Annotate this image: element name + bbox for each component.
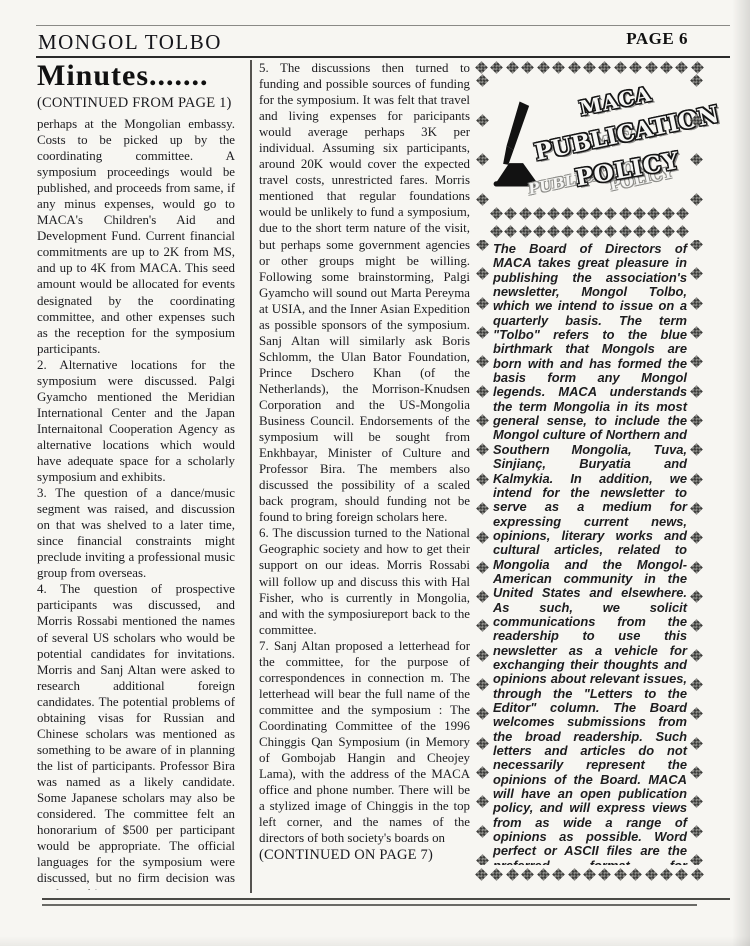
newsletter-page: MONGOL TOLBO PAGE 6 Minutes....... (CONT… bbox=[0, 0, 750, 946]
diamond-icon bbox=[605, 207, 618, 220]
diamond-icon bbox=[690, 561, 703, 574]
minutes-paragraph: 5. The discussions then turned to fundin… bbox=[259, 60, 470, 525]
policy-logo-zone: MACA PUBLICATION POLICY MACA PUBLICATION… bbox=[474, 76, 705, 204]
diamond-icon bbox=[690, 443, 703, 456]
diamond-icon bbox=[476, 531, 489, 544]
diamond-icon bbox=[547, 225, 560, 238]
diamond-icon bbox=[490, 207, 503, 220]
minutes-paragraph: 2. Alternative locations for the symposi… bbox=[37, 357, 235, 485]
continued-from-label: (CONTINUED FROM PAGE 1) bbox=[37, 95, 235, 112]
maca-policy-logo: MACA PUBLICATION POLICY MACA PUBLICATION… bbox=[491, 76, 688, 204]
diamond-icon bbox=[629, 868, 642, 881]
diamond-border-top bbox=[474, 58, 705, 76]
diamond-icon bbox=[476, 561, 489, 574]
diamond-icon bbox=[662, 207, 675, 220]
masthead-title: MONGOL TOLBO bbox=[38, 30, 222, 55]
diamond-icon bbox=[476, 825, 489, 838]
diamond-icon bbox=[645, 868, 658, 881]
minutes-paragraph: perhaps at the Mongolian embassy. Costs … bbox=[37, 116, 235, 357]
diamond-icon bbox=[690, 854, 703, 865]
publication-policy-box: MACA PUBLICATION POLICY MACA PUBLICATION… bbox=[474, 58, 705, 884]
diamond-icon bbox=[676, 868, 689, 881]
diamond-icon bbox=[645, 61, 658, 74]
logo-word-maca: MACA bbox=[577, 82, 653, 121]
minutes-paragraph: 3. The question of a dance/music segment… bbox=[37, 485, 235, 581]
diamond-icon bbox=[547, 207, 560, 220]
diamond-icon bbox=[629, 61, 642, 74]
diamond-separator-row bbox=[474, 222, 705, 240]
diamond-icon bbox=[476, 267, 489, 280]
continued-on-label: (CONTINUED ON PAGE 7) bbox=[259, 847, 470, 864]
diamond-icon bbox=[476, 153, 489, 166]
diamond-icon bbox=[475, 868, 488, 881]
diamond-icon bbox=[476, 737, 489, 750]
diamond-icon bbox=[476, 590, 489, 603]
diamond-icon bbox=[676, 61, 689, 74]
diamond-icon bbox=[504, 225, 517, 238]
diamond-icon bbox=[568, 61, 581, 74]
diamond-icon bbox=[691, 868, 704, 881]
diamond-icon bbox=[562, 225, 575, 238]
diamond-icon bbox=[476, 326, 489, 339]
diamond-icon bbox=[690, 414, 703, 427]
diamond-icon bbox=[562, 207, 575, 220]
diamond-icon bbox=[599, 61, 612, 74]
diamond-icon bbox=[476, 649, 489, 662]
bottom-rule bbox=[42, 898, 730, 900]
publication-policy-text: The Board of Directors of MACA takes gre… bbox=[491, 240, 688, 865]
diamond-border-right bbox=[688, 240, 705, 865]
diamond-icon bbox=[599, 868, 612, 881]
diamond-icon bbox=[476, 795, 489, 808]
diamond-border-left bbox=[474, 240, 491, 865]
minutes-paragraph: 6. The discussion turned to the National… bbox=[259, 525, 470, 637]
diamond-icon bbox=[619, 207, 632, 220]
diamond-icon bbox=[476, 297, 489, 310]
diamond-icon bbox=[647, 207, 660, 220]
diamond-icon bbox=[691, 61, 704, 74]
diamond-icon bbox=[690, 153, 703, 166]
diamond-icon bbox=[614, 868, 627, 881]
page-number: PAGE 6 bbox=[626, 29, 688, 49]
diamond-icon bbox=[476, 355, 489, 368]
diamond-icon bbox=[619, 225, 632, 238]
diamond-icon bbox=[614, 61, 627, 74]
diamond-icon bbox=[476, 619, 489, 632]
diamond-icon bbox=[676, 207, 689, 220]
diamond-icon bbox=[633, 207, 646, 220]
diamond-icon bbox=[690, 678, 703, 691]
diamond-icon bbox=[476, 74, 489, 87]
column-minutes: Minutes....... (CONTINUED FROM PAGE 1) p… bbox=[37, 60, 235, 890]
diamond-icon bbox=[583, 868, 596, 881]
diamond-icon bbox=[537, 868, 550, 881]
diamond-icon bbox=[583, 61, 596, 74]
diamond-icon bbox=[690, 385, 703, 398]
minutes-heading: Minutes....... bbox=[37, 60, 235, 92]
diamond-icon bbox=[476, 707, 489, 720]
diamond-icon bbox=[590, 225, 603, 238]
minutes-paragraph: 7. Sanj Altan proposed a letterhead for … bbox=[259, 638, 470, 847]
diamond-icon bbox=[519, 207, 532, 220]
diamond-icon bbox=[491, 868, 504, 881]
diamond-icon bbox=[690, 619, 703, 632]
diamond-icon bbox=[690, 766, 703, 779]
diamond-icon bbox=[690, 267, 703, 280]
policy-text-zone: The Board of Directors of MACA takes gre… bbox=[474, 240, 705, 865]
diamond-icon bbox=[533, 207, 546, 220]
page-scan-edge bbox=[732, 0, 750, 946]
diamond-icon bbox=[660, 61, 673, 74]
diamond-icon bbox=[490, 225, 503, 238]
minutes-paragraph: 4. The question of prospective participa… bbox=[37, 581, 235, 890]
diamond-icon bbox=[690, 825, 703, 838]
diamond-icon bbox=[476, 414, 489, 427]
diamond-icon bbox=[476, 385, 489, 398]
diamond-icon bbox=[521, 61, 534, 74]
diamond-icon bbox=[476, 502, 489, 515]
diamond-border-right bbox=[688, 76, 705, 204]
diamond-icon bbox=[633, 225, 646, 238]
diamond-icon bbox=[576, 207, 589, 220]
diamond-icon bbox=[690, 240, 703, 251]
diamond-icon bbox=[690, 795, 703, 808]
diamond-icon bbox=[552, 61, 565, 74]
diamond-icon bbox=[476, 443, 489, 456]
diamond-icon bbox=[568, 868, 581, 881]
diamond-icon bbox=[491, 61, 504, 74]
diamond-icon bbox=[576, 225, 589, 238]
diamond-icon bbox=[475, 61, 488, 74]
diamond-icon bbox=[537, 61, 550, 74]
diamond-icon bbox=[476, 240, 489, 251]
diamond-icon bbox=[533, 225, 546, 238]
diamond-icon bbox=[476, 473, 489, 486]
diamond-icon bbox=[690, 649, 703, 662]
diamond-icon bbox=[519, 225, 532, 238]
diamond-icon bbox=[647, 225, 660, 238]
diamond-separator-row bbox=[474, 204, 705, 222]
diamond-icon bbox=[605, 225, 618, 238]
diamond-icon bbox=[690, 707, 703, 720]
diamond-border-bottom bbox=[474, 865, 705, 883]
diamond-icon bbox=[676, 225, 689, 238]
diamond-icon bbox=[690, 531, 703, 544]
page-scan-shadow bbox=[0, 936, 750, 946]
top-rule bbox=[36, 25, 730, 26]
diamond-icon bbox=[476, 766, 489, 779]
diamond-icon bbox=[660, 868, 673, 881]
diamond-icon bbox=[504, 207, 517, 220]
diamond-icon bbox=[521, 868, 534, 881]
diamond-border-left bbox=[474, 76, 491, 204]
diamond-icon bbox=[690, 737, 703, 750]
diamond-icon bbox=[690, 502, 703, 515]
diamond-icon bbox=[506, 61, 519, 74]
diamond-icon bbox=[506, 868, 519, 881]
column-minutes-continued: 5. The discussions then turned to fundin… bbox=[259, 60, 470, 894]
diamond-icon bbox=[690, 326, 703, 339]
bottom-rule-secondary bbox=[42, 904, 697, 906]
diamond-icon bbox=[690, 590, 703, 603]
diamond-icon bbox=[590, 207, 603, 220]
column-divider-rule bbox=[250, 60, 252, 893]
diamond-icon bbox=[552, 868, 565, 881]
diamond-icon bbox=[690, 297, 703, 310]
diamond-icon bbox=[690, 355, 703, 368]
diamond-icon bbox=[662, 225, 675, 238]
diamond-icon bbox=[476, 854, 489, 865]
diamond-icon bbox=[476, 114, 489, 127]
diamond-icon bbox=[690, 473, 703, 486]
diamond-icon bbox=[690, 74, 703, 87]
diamond-icon bbox=[476, 678, 489, 691]
